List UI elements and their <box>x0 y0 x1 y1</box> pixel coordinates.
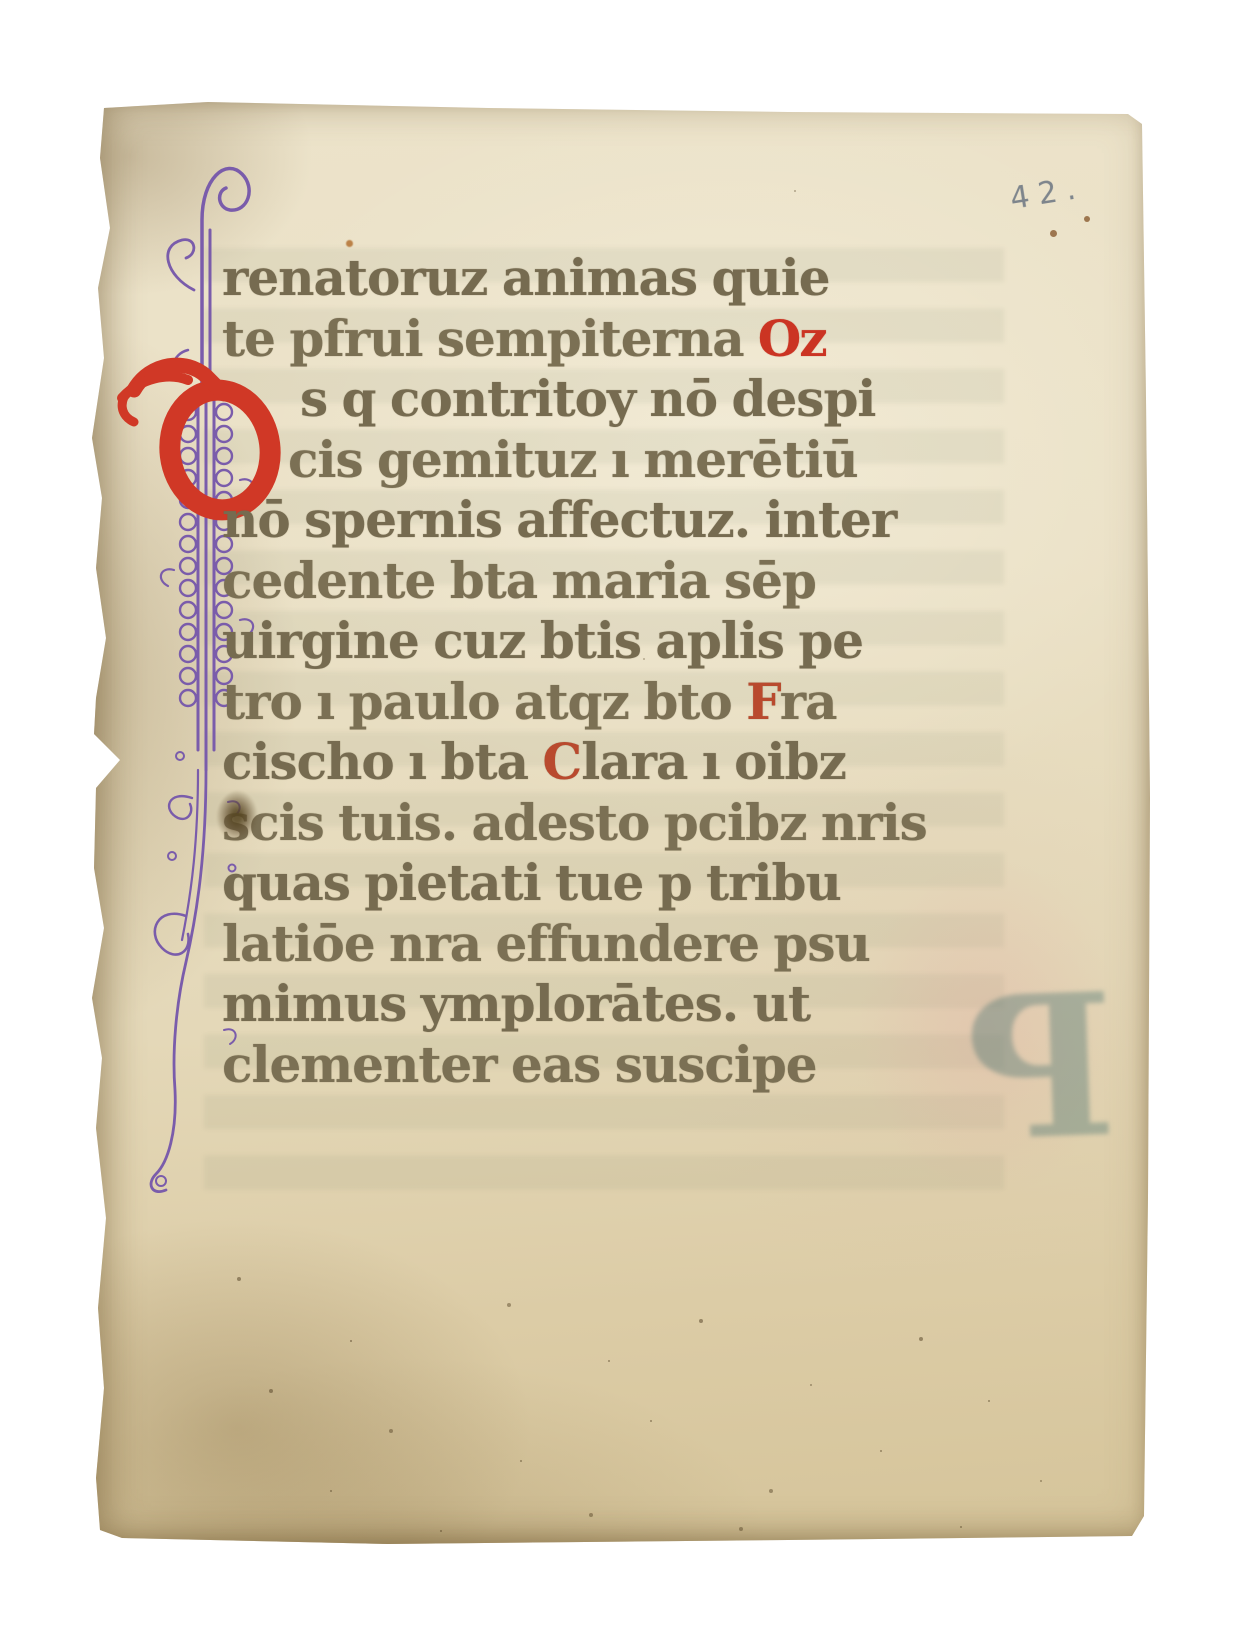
line-text: cedente bta maria sēp <box>222 551 816 610</box>
text-line: cischo ı bta Clara ı oibz <box>222 732 1022 793</box>
line-text: scis tuis. adesto pcibz nris <box>222 793 927 852</box>
photograph-canvas: D renatoruz animas quie te pfrui sempite… <box>0 0 1257 1650</box>
line-text: s q contritoy nō despi <box>300 369 875 428</box>
line-text: cis gemituz ı merētiū <box>288 430 858 489</box>
text-line: te pfrui sempiternaOz <box>222 309 1022 370</box>
line-text: nō spernis affectuz. inter <box>222 490 896 549</box>
line-text: clementer eas suscipe <box>222 1035 817 1094</box>
red-touched-letter: C <box>542 732 581 791</box>
line-text: renatoruz animas quie <box>222 248 830 307</box>
text-line: uirgine cuz btis aplis pe <box>222 611 1022 672</box>
folio-dots <box>1048 216 1108 246</box>
vellum-leaf: D renatoruz animas quie te pfrui sempite… <box>88 98 1152 1544</box>
text-line: nō spernis affectuz. inter <box>222 490 1022 551</box>
rust-speck <box>346 240 353 247</box>
text-line: scis tuis. adesto pcibz nris <box>222 793 1022 854</box>
red-touched-letter: F <box>746 672 780 731</box>
verso-showthrough-letter: P <box>911 941 1121 1228</box>
text-line: tro ı paulo atqz bto Fra <box>222 672 1022 733</box>
line-text: latiōe nra effundere psu <box>222 914 870 973</box>
text-line: cedente bta maria sēp <box>222 551 1022 612</box>
line-text: cischo ı bta <box>222 732 542 791</box>
line-text: mimus ymplorātes. ut <box>222 974 810 1033</box>
line-text: uirgine cuz btis aplis pe <box>222 611 863 670</box>
rubric-mark: Oz <box>758 309 826 368</box>
line-text: tro ı paulo atqz bto <box>222 672 746 731</box>
text-line: renatoruz animas quie <box>222 248 1022 309</box>
text-line: s q contritoy nō despi <box>222 369 1022 430</box>
text-line: cis gemituz ı merētiū <box>222 430 1022 491</box>
folio-number: 42. <box>1008 170 1087 216</box>
freckle-specks <box>88 98 90 100</box>
line-text: ra <box>780 672 837 731</box>
line-text: te pfrui sempiterna <box>222 309 744 368</box>
line-text: lara ı oibz <box>581 732 846 791</box>
line-text: quas pietati tue p tribu <box>222 853 841 912</box>
